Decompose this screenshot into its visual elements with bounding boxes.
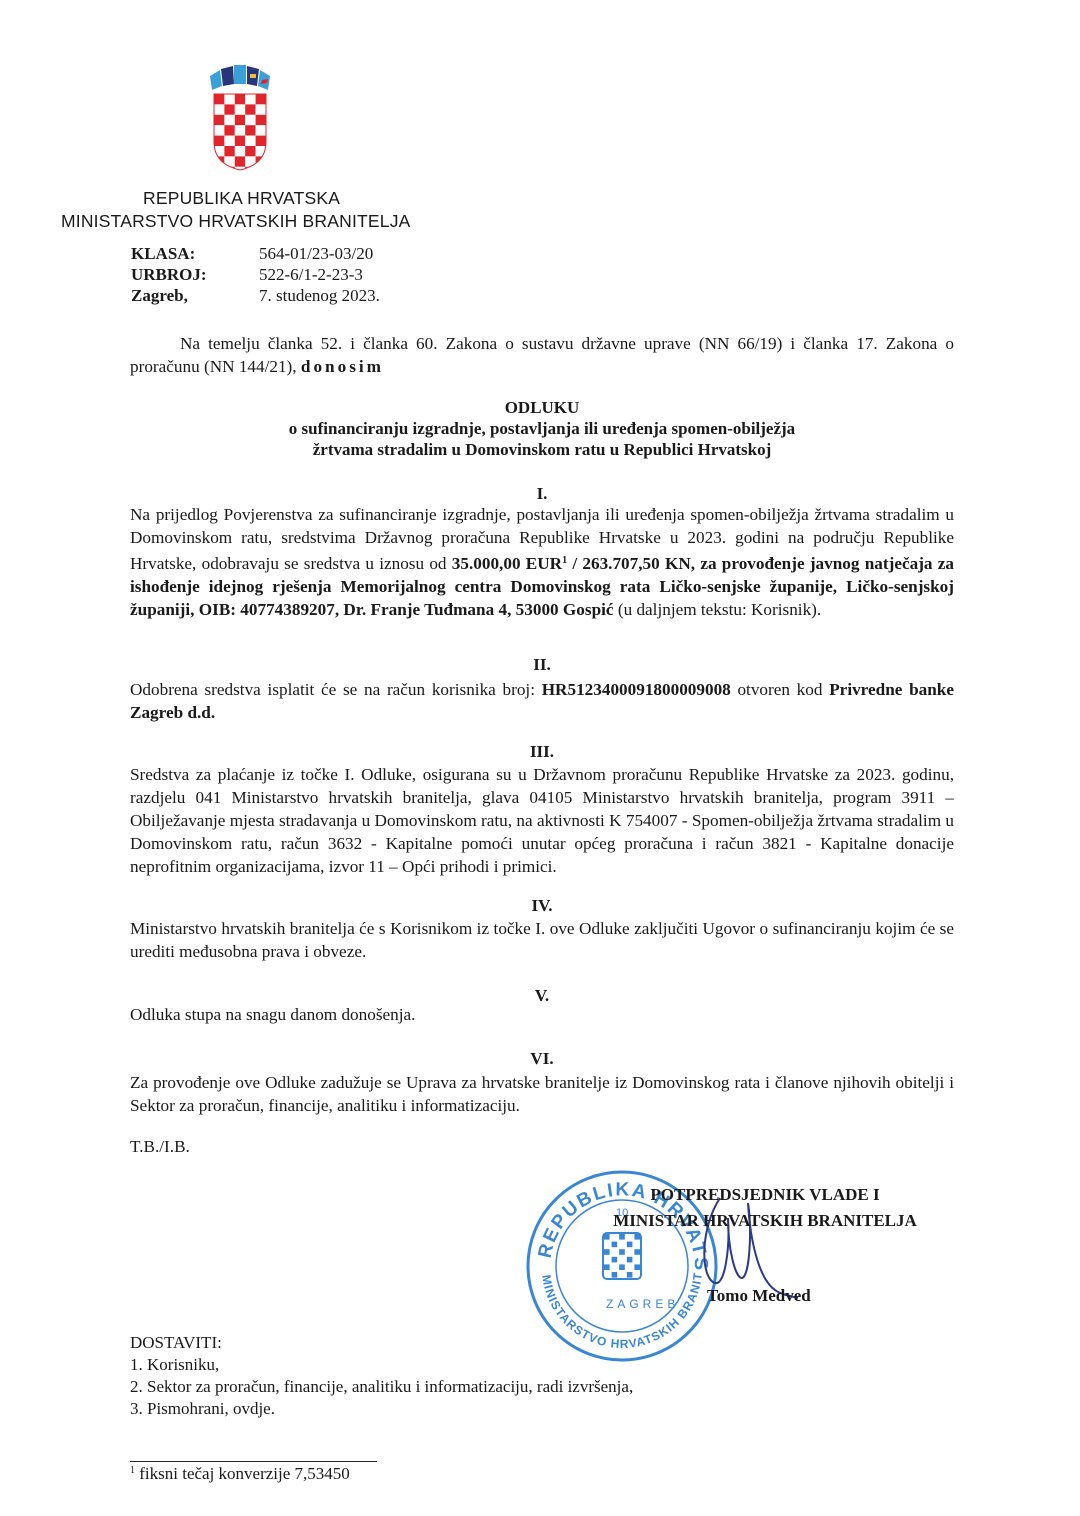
document-meta: KLASA:564-01/23-03/20 URBROJ:522-6/1-2-2… [131,243,380,306]
section-numeral-2: II. [130,655,954,675]
intro-paragraph: Na temelju članka 52. i članka 60. Zakon… [130,332,954,378]
section-4-text: Ministarstvo hrvatskih branitelja će s K… [130,917,954,963]
meta-urbroj: URBROJ:522-6/1-2-23-3 [131,264,380,285]
signatory-title-1: POTPREDSJEDNIK VLADE I [590,1182,940,1208]
croatian-coat-of-arms-icon [208,64,272,172]
meta-klasa: KLASA:564-01/23-03/20 [131,243,380,264]
decision-title: ODLUKU o sufinanciranju izgradnje, posta… [130,397,954,460]
iban: HR5123400091800009008 [542,680,731,699]
signatory-title-2: MINISTAR HRVATSKIH BRANITELJA [590,1208,940,1234]
decision-subtitle-1: o sufinanciranju izgradnje, postavljanja… [130,418,954,439]
section-numeral-6: VI. [130,1049,954,1069]
section-6-text: Za provođenje ove Odluke zadužuje se Upr… [130,1071,954,1117]
intro-emphasis: donosim [301,357,384,376]
meta-date: Zagreb,7. studenog 2023. [131,285,380,306]
decision-heading: ODLUKU [130,397,954,418]
footnote-divider [130,1461,377,1462]
section-numeral-4: IV. [130,896,954,916]
delivery-item: 2. Sektor za proračun, financije, analit… [130,1376,633,1398]
section-5-text: Odluka stupa na snagu danom donošenja. [130,1003,954,1026]
delivery-heading: DOSTAVITI: [130,1332,633,1354]
decision-subtitle-2: žrtvama stradalim u Domovinskom ratu u R… [130,439,954,460]
signatory-title: POTPREDSJEDNIK VLADE I MINISTAR HRVATSKI… [590,1182,940,1234]
signatory-name: Tomo Medved [707,1286,811,1306]
delivery-list: DOSTAVITI: 1. Korisniku, 2. Sektor za pr… [130,1332,633,1420]
delivery-item: 3. Pismohrani, ovdje. [130,1398,633,1420]
section-numeral-1: I. [130,484,954,504]
section-1-text: Na prijedlog Povjerenstva za sufinancira… [130,503,954,621]
header-republic: REPUBLIKA HRVATSKA [143,188,340,209]
svg-text:ZAGREB: ZAGREB [606,1297,679,1311]
delivery-item: 1. Korisniku, [130,1354,633,1376]
section-2-text: Odobrena sredstva isplatit će se na raču… [130,678,954,724]
initials: T.B./I.B. [130,1135,190,1158]
intro-text: Na temelju članka 52. i članka 60. Zakon… [130,334,954,376]
footnote: 1 fiksni tečaj konverzije 7,53450 [130,1464,350,1484]
section-3-text: Sredstva za plaćanje iz točke I. Odluke,… [130,763,954,878]
header-ministry: MINISTARSTVO HRVATSKIH BRANITELJA [61,211,411,232]
section-numeral-3: III. [130,742,954,762]
